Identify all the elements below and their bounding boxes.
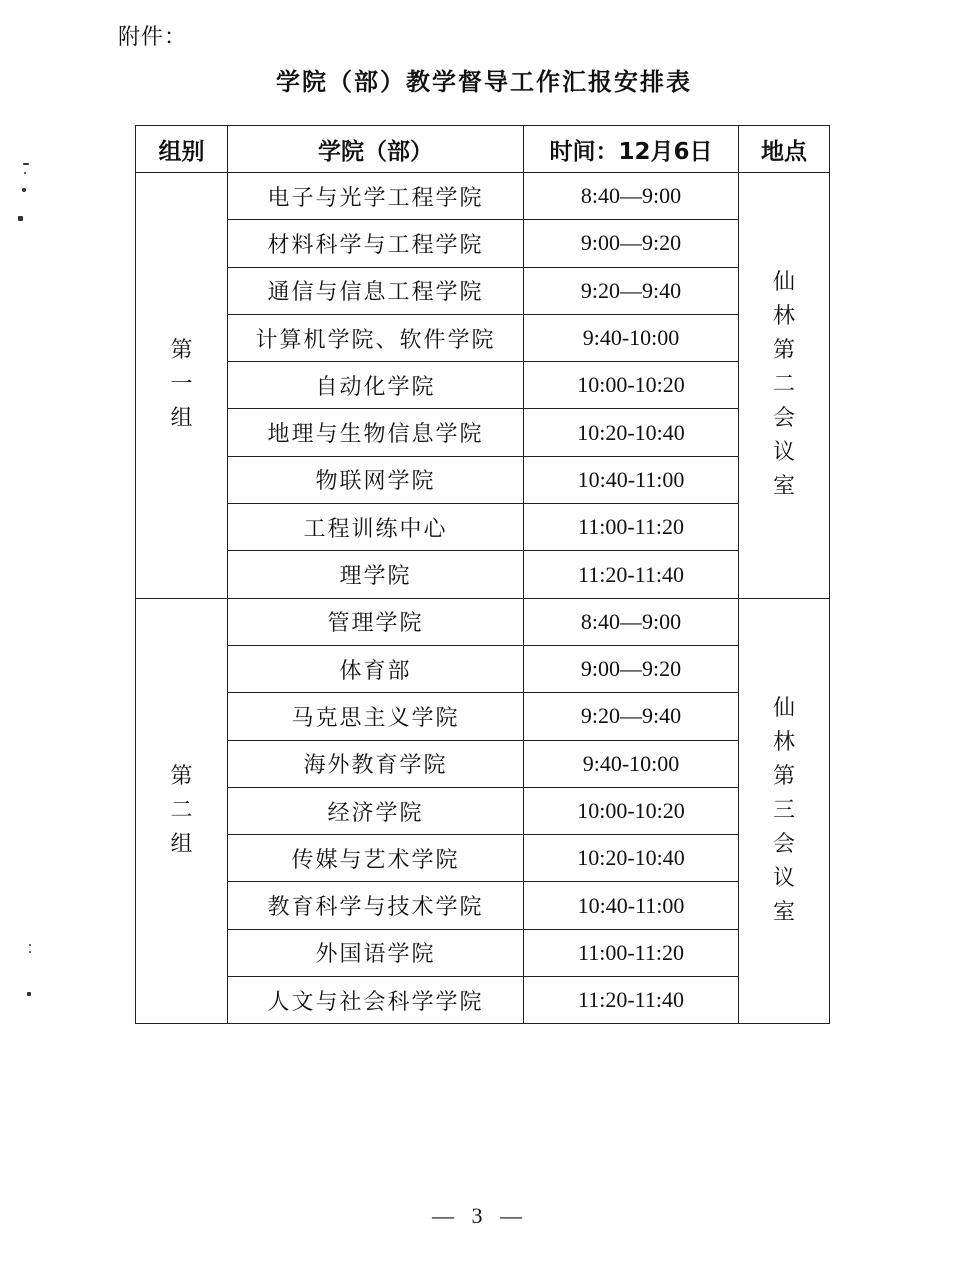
schedule-body: 第一组电子与光学工程学院8:40—9:00仙林第二会议室材料科学与工程学院9:0… xyxy=(136,173,830,1024)
table-row: 体育部9:00—9:20 xyxy=(136,645,830,692)
time-cell: 11:20-11:40 xyxy=(524,977,739,1024)
time-cell: 9:20—9:40 xyxy=(524,693,739,740)
group-cell: 第二组 xyxy=(136,598,228,1024)
group-cell: 第一组 xyxy=(136,173,228,599)
table-row: 理学院11:20-11:40 xyxy=(136,551,830,598)
time-cell: 8:40—9:00 xyxy=(524,173,739,220)
college-cell: 经济学院 xyxy=(228,787,524,834)
time-cell: 10:40-11:00 xyxy=(524,456,739,503)
table-row: 计算机学院、软件学院9:40-10:00 xyxy=(136,314,830,361)
table-row: 第二组管理学院8:40—9:00仙林第三会议室 xyxy=(136,598,830,645)
table-row: 经济学院10:00-10:20 xyxy=(136,787,830,834)
college-cell: 自动化学院 xyxy=(228,362,524,409)
college-cell: 理学院 xyxy=(228,551,524,598)
attachment-label: 附件： xyxy=(118,20,187,51)
place-cell: 仙林第二会议室 xyxy=(739,173,830,599)
document-title: 学院（部）教学督导工作汇报安排表 xyxy=(0,62,968,97)
time-cell: 10:00-10:20 xyxy=(524,362,739,409)
time-cell: 9:40-10:00 xyxy=(524,314,739,361)
college-cell: 人文与社会科学学院 xyxy=(228,977,524,1024)
table-row: 第一组电子与光学工程学院8:40—9:00仙林第二会议室 xyxy=(136,173,830,220)
college-cell: 物联网学院 xyxy=(228,456,524,503)
place-name: 仙林第三会议室 xyxy=(771,692,797,930)
schedule-table: 组别 学院（部） 时间：12月6日 地点 第一组电子与光学工程学院8:40—9:… xyxy=(135,125,830,1024)
college-cell: 海外教育学院 xyxy=(228,740,524,787)
table-row: 人文与社会科学学院11:20-11:40 xyxy=(136,977,830,1024)
college-cell: 外国语学院 xyxy=(228,929,524,976)
time-cell: 11:20-11:40 xyxy=(524,551,739,598)
college-cell: 工程训练中心 xyxy=(228,504,524,551)
group-name: 第二组 xyxy=(168,760,194,862)
time-cell: 9:00—9:20 xyxy=(524,645,739,692)
header-time: 时间：12月6日 xyxy=(524,126,739,173)
college-cell: 电子与光学工程学院 xyxy=(228,173,524,220)
header-place: 地点 xyxy=(739,126,830,173)
group-name: 第一组 xyxy=(168,334,194,436)
time-cell: 10:20-10:40 xyxy=(524,835,739,882)
table-header-row: 组别 学院（部） 时间：12月6日 地点 xyxy=(136,126,830,173)
college-cell: 教育科学与技术学院 xyxy=(228,882,524,929)
header-group: 组别 xyxy=(136,126,228,173)
college-cell: 传媒与艺术学院 xyxy=(228,835,524,882)
college-cell: 地理与生物信息学院 xyxy=(228,409,524,456)
place-name: 仙林第二会议室 xyxy=(771,266,797,504)
table-row: 物联网学院10:40-11:00 xyxy=(136,456,830,503)
college-cell: 材料科学与工程学院 xyxy=(228,220,524,267)
table-row: 材料科学与工程学院9:00—9:20 xyxy=(136,220,830,267)
time-cell: 8:40—9:00 xyxy=(524,598,739,645)
place-cell: 仙林第三会议室 xyxy=(739,598,830,1024)
time-cell: 11:00-11:20 xyxy=(524,929,739,976)
table-row: 工程训练中心11:00-11:20 xyxy=(136,504,830,551)
time-cell: 9:00—9:20 xyxy=(524,220,739,267)
college-cell: 管理学院 xyxy=(228,598,524,645)
header-college: 学院（部） xyxy=(228,126,524,173)
time-cell: 10:20-10:40 xyxy=(524,409,739,456)
time-cell: 9:20—9:40 xyxy=(524,267,739,314)
college-cell: 通信与信息工程学院 xyxy=(228,267,524,314)
college-cell: 马克思主义学院 xyxy=(228,693,524,740)
time-cell: 10:00-10:20 xyxy=(524,787,739,834)
table-row: 海外教育学院9:40-10:00 xyxy=(136,740,830,787)
table-row: 自动化学院10:00-10:20 xyxy=(136,362,830,409)
table-row: 通信与信息工程学院9:20—9:40 xyxy=(136,267,830,314)
table-row: 马克思主义学院9:20—9:40 xyxy=(136,693,830,740)
time-cell: 10:40-11:00 xyxy=(524,882,739,929)
table-row: 外国语学院11:00-11:20 xyxy=(136,929,830,976)
table-row: 教育科学与技术学院10:40-11:00 xyxy=(136,882,830,929)
table-row: 传媒与艺术学院10:20-10:40 xyxy=(136,835,830,882)
page-number: — 3 — xyxy=(0,1203,960,1229)
college-cell: 体育部 xyxy=(228,645,524,692)
table-row: 地理与生物信息学院10:20-10:40 xyxy=(136,409,830,456)
time-cell: 9:40-10:00 xyxy=(524,740,739,787)
college-cell: 计算机学院、软件学院 xyxy=(228,314,524,361)
time-cell: 11:00-11:20 xyxy=(524,504,739,551)
